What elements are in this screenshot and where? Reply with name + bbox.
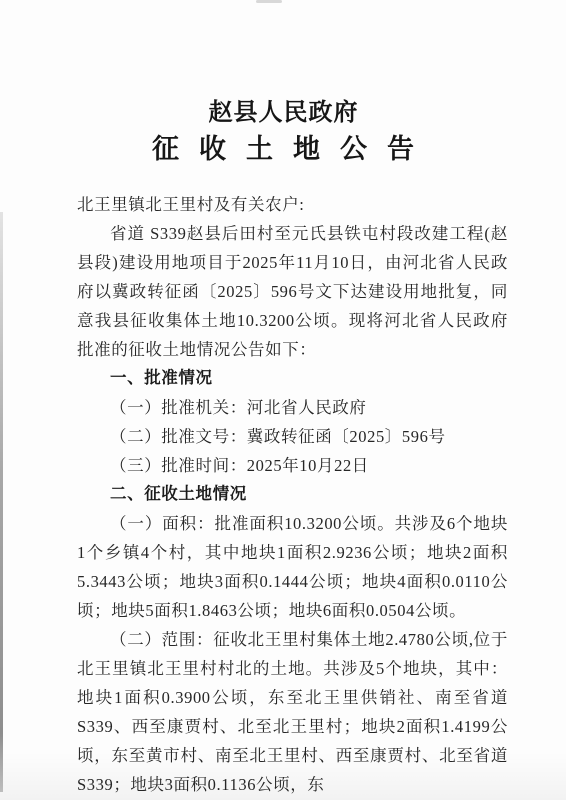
item-approval-document-number: （二）批准文号：冀政转征函〔2025〕596号	[77, 422, 508, 451]
scan-smudge-artifact	[256, 0, 282, 3]
section-heading-land-expropriation: 二、征收土地情况	[77, 480, 508, 509]
item-approval-date: （三）批准时间：2025年10月22日	[77, 451, 508, 480]
paragraph-intro: 省道 S339赵县后田村至元氏县铁屯村段改建工程(赵县段)建设用地项目于2025…	[77, 219, 508, 364]
document-title-issuer: 赵县人民政府	[0, 98, 566, 128]
scan-left-edge-artifact	[0, 212, 3, 792]
document-salutation: 北王里镇北王里村及有关农户:	[77, 190, 508, 219]
document-header: 赵县人民政府 征收土地公告	[0, 98, 566, 166]
paragraph-area: （一）面积：批准面积10.3200公顷。共涉及6个地块1个乡镇4个村，其中地块1…	[77, 509, 508, 625]
document-body: 北王里镇北王里村及有关农户: 省道 S339赵县后田村至元氏县铁屯村段改建工程(…	[77, 190, 508, 799]
item-approval-authority: （一）批准机关：河北省人民政府	[77, 393, 508, 422]
section-heading-approval: 一、批准情况	[77, 364, 508, 393]
scanned-announcement-page: 赵县人民政府 征收土地公告 北王里镇北王里村及有关农户: 省道 S339赵县后田…	[0, 0, 566, 800]
paragraph-scope: （二）范围：征收北王里村集体土地2.4780公顷,位于北王里镇北王里村村北的土地…	[77, 625, 508, 799]
document-title-announcement: 征收土地公告	[0, 133, 566, 166]
